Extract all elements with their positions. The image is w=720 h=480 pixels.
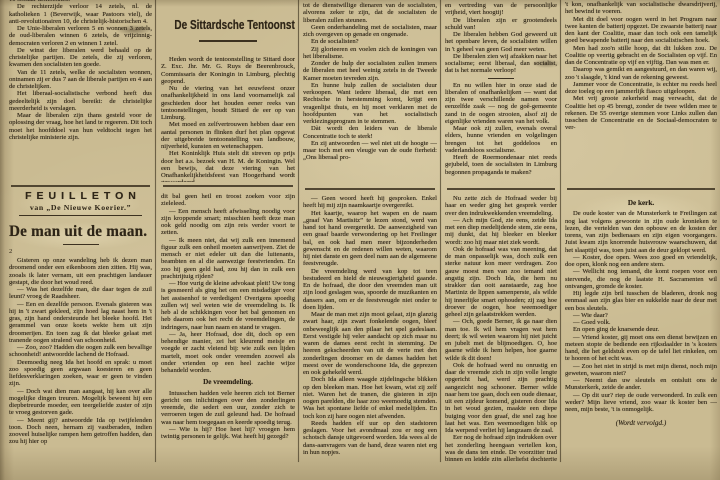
serial-section: — Geen woord heeft hij gesproken. Enkel … — [303, 195, 437, 461]
paragraph: — Ja, heer Hofraad, doe dit, doch op een… — [161, 331, 295, 375]
paragraph: Deemoedig neeg Ida het hoofd en sprak: u… — [9, 359, 152, 388]
serial-title: De man uit de maan. — [9, 223, 145, 241]
chapter-number: 2 — [9, 248, 152, 255]
paragraph: Daarop was gemikt en aangestuurd, en dan… — [565, 66, 717, 81]
paragraph: Met moed en zelfvertrouwen hebben daar e… — [161, 121, 295, 150]
news-section: 't kon, onafhankelijk van socialistische… — [565, 1, 717, 185]
paragraph: — Wie daar? — [565, 312, 717, 319]
paragraph: Jammer voor de Concentratie, is echter n… — [565, 81, 717, 96]
paragraph: Geen onderhandeling met de socialisten, … — [303, 24, 437, 39]
column-rule — [155, 0, 156, 462]
newspaper-page: 10 sociaal-democraten.De rechterzijde ve… — [0, 0, 720, 480]
paragraph: De liberalen hebben God geweerd uit het … — [445, 31, 557, 53]
paragraph: Van de 11 zetels, welke de socialisten w… — [9, 69, 152, 91]
paragraph: De winst der liberalen werd behaald op d… — [9, 47, 152, 69]
paragraph: — Goed volk. — [565, 319, 717, 326]
paragraph: Ook de hofraad was van meening, dat de m… — [445, 246, 557, 319]
paragraph: — Wie is hij? Hoe heet hij? vroegen hem … — [161, 426, 295, 441]
headline-rule — [199, 40, 257, 42]
paragraph: — Neemt dan uw sleutels en ontsluit ons … — [565, 377, 717, 392]
paragraph: — Doch wat dien man aangaat, hij kan ove… — [9, 388, 152, 417]
paragraph: En de socialisten? — [303, 38, 437, 45]
paragraph: Nu de viering van het eeuwfeest onzer on… — [161, 85, 295, 121]
subheading: De kerk. — [565, 200, 717, 207]
paragraph: En open ging de knarsende deur. — [565, 326, 717, 333]
column-5: 't kon, onafhankelijk van socialistische… — [565, 0, 717, 463]
paragraph: Het kaartje, waarop het wapen en de naam… — [303, 210, 437, 268]
paragraph: De oude koster van de Munsterkerk te Fre… — [565, 210, 717, 254]
paragraph: De Unie-liberalen verloren 5 en wonnen 3… — [9, 25, 152, 47]
news-section: en vertreding van de persoonlijke vrijhe… — [445, 2, 557, 185]
paragraph: Hij legde zijn bril tusschen de bladeren… — [565, 290, 717, 312]
section-divider — [163, 185, 293, 187]
serial-section: Nu zette zich de Hofraad weder bij haar … — [445, 195, 557, 461]
paragraph: Zij glorieeren en voelen zich de koninge… — [303, 46, 437, 61]
column-rule — [560, 0, 561, 462]
paragraph: — Hoe vurig de kleine advokaat pleit! Uw… — [161, 280, 295, 331]
paragraph: — Vriend koster, gij moet ons een dienst… — [565, 334, 717, 363]
paragraph: — Een mensch heeft afwisseling noodig vo… — [161, 208, 295, 237]
paragraph: Maar de liberalen zijn thans gesteld voo… — [9, 112, 152, 141]
paragraph: Met dit doel voor oogen werd in het Prog… — [565, 16, 717, 45]
paragraph: — Zoo het niet in strijd is met mijn die… — [565, 363, 717, 378]
paragraph: Dàt wordt den leiders van de liberale Co… — [303, 125, 437, 140]
paragraph: Het liberaal-socialistische verbond heef… — [9, 90, 152, 112]
paragraph: En zij antwoorden — wel niet uit de hoog… — [303, 140, 437, 162]
title-rule — [63, 244, 99, 245]
paragraph: Gisteren op onze wandeling heb ik dezen … — [9, 257, 152, 286]
paragraph: — Een en dezelfde persoon. Evenals giste… — [9, 301, 152, 345]
paragraph: Heeft de Roermondenaar niet reeds gejube… — [445, 154, 557, 176]
paragraph: — Meent gij? antwoordde Ida op twijfelen… — [9, 417, 152, 446]
paragraph: De liberalen zijn er grootendeels schuld… — [445, 17, 557, 32]
news-section: Heden wordt de tentoonstelling te Sittar… — [161, 56, 295, 182]
feuilleton-header: FEUILLETON van „De Nieuwe Koerier.” — [9, 190, 152, 216]
paragraph: 't kon, onafhankelijk van socialistische… — [565, 1, 717, 16]
subheading: De vreemdeling. — [161, 379, 295, 386]
article-headline: De Sittardsche Tentoonstelling. — [174, 18, 281, 32]
section-divider — [447, 188, 555, 190]
inline-divider — [488, 78, 514, 79]
paragraph: Ook de hofraad werd nu onrustig en daar … — [445, 362, 557, 435]
serial-section: dit bal geen heil en troost zoeken voor … — [161, 193, 295, 461]
paragraph: Met vrij groote zekerheid mag verwacht, … — [565, 95, 717, 131]
column-rule — [440, 0, 441, 462]
paragraph: — Wellicht nog iemand, die komt roepen v… — [565, 268, 717, 290]
paragraph: Zonder de hulp der socialisten zullen im… — [303, 60, 437, 82]
paragraph: — Was het dezelfde man, die daar tegen d… — [9, 286, 152, 301]
paragraph: dit bal geen heil en troost zoeken voor … — [161, 193, 295, 208]
paragraph: tot de dienstwillige dienaren van de soc… — [303, 2, 437, 24]
paragraph: En nu willen hier in onze stad de libera… — [445, 82, 557, 126]
paragraph: — Op dit uur? riep de oude verwonderd. I… — [565, 392, 717, 414]
serial-section: De kerk.De oude koster van de Munsterker… — [565, 195, 717, 461]
paragraph: — Ik meen niet, dat wij zulk een innemen… — [161, 237, 295, 281]
paragraph: — Och, goede Berner, ik ga naar dien man… — [445, 318, 557, 362]
column-3: tot de dienstwillige dienaren van de soc… — [303, 0, 437, 463]
paragraph: Maar ook zij zullen, evenals overal elde… — [445, 125, 557, 154]
column-1: 10 sociaal-democraten.De rechterzijde ve… — [9, 0, 152, 463]
paragraph: Maar de man met zijn mooi gelaat, zijn g… — [303, 311, 437, 376]
column-4: en vertreding van de persoonlijke vrijhe… — [445, 0, 557, 463]
paragraph: — Geen woord heeft hij gesproken. Enkel … — [303, 195, 437, 210]
paragraph: De liberalen zien wij afzakken naar het … — [445, 53, 557, 75]
column-rule — [298, 0, 299, 462]
paragraph: Intusschen hadden vele heeren zich tot B… — [161, 390, 295, 426]
paragraph: De rechterzijde verloor 14 zetels, nl. d… — [9, 3, 152, 25]
paragraph: En hunne hulp zullen de socialisten duur… — [303, 82, 437, 126]
section-divider — [567, 188, 715, 190]
section-divider — [305, 188, 435, 190]
paragraph: Nu zette zich de Hofraad weder bij haar … — [445, 195, 557, 217]
section-divider — [11, 185, 150, 187]
paragraph: Eer nog de hofraad zijn indrukken over h… — [445, 434, 557, 461]
paragraph: Reeds hadden elf uur op den stadstoren g… — [303, 420, 437, 456]
feuilleton-source: van „De Nieuwe Koerier.” — [9, 203, 152, 212]
paragraph: — Ach mijn God, zie eens, zeide Ida met … — [445, 217, 557, 246]
news-section: tot de dienstwillige dienaren van de soc… — [303, 2, 437, 185]
paragraph: Men had zoo'n stille hoop, dat dit lukke… — [565, 45, 717, 67]
serial-section: Gisteren op onze wandeling heb ik dezen … — [9, 257, 152, 461]
continuation-note: (Wordt vervolgd.) — [565, 420, 717, 427]
news-section: 10 sociaal-democraten.De rechterzijde ve… — [9, 0, 152, 182]
column-2: De Sittardsche Tentoonstelling. Heden wo… — [161, 0, 295, 463]
paragraph: — Zoo, zoo? Hadden die oogen zulk een be… — [9, 344, 152, 359]
paragraph: en vertreding van de persoonlijke vrijhe… — [445, 2, 557, 17]
paragraph: De vreemdeling werd van kop tot teen bes… — [303, 268, 437, 312]
feuilleton-label: FEUILLETON — [9, 190, 152, 202]
paragraph: — Koster, doe open. Wees zoo goed en vri… — [565, 254, 717, 269]
paragraph: Het Koninklijk Huis stelt dit streven op… — [161, 150, 295, 182]
paragraph: Doch Ida alleen waagde zijdelingsche bli… — [303, 376, 437, 420]
feuilleton-rule — [19, 215, 142, 216]
paragraph: Heden wordt de tentoonstelling te Sittar… — [161, 56, 295, 85]
